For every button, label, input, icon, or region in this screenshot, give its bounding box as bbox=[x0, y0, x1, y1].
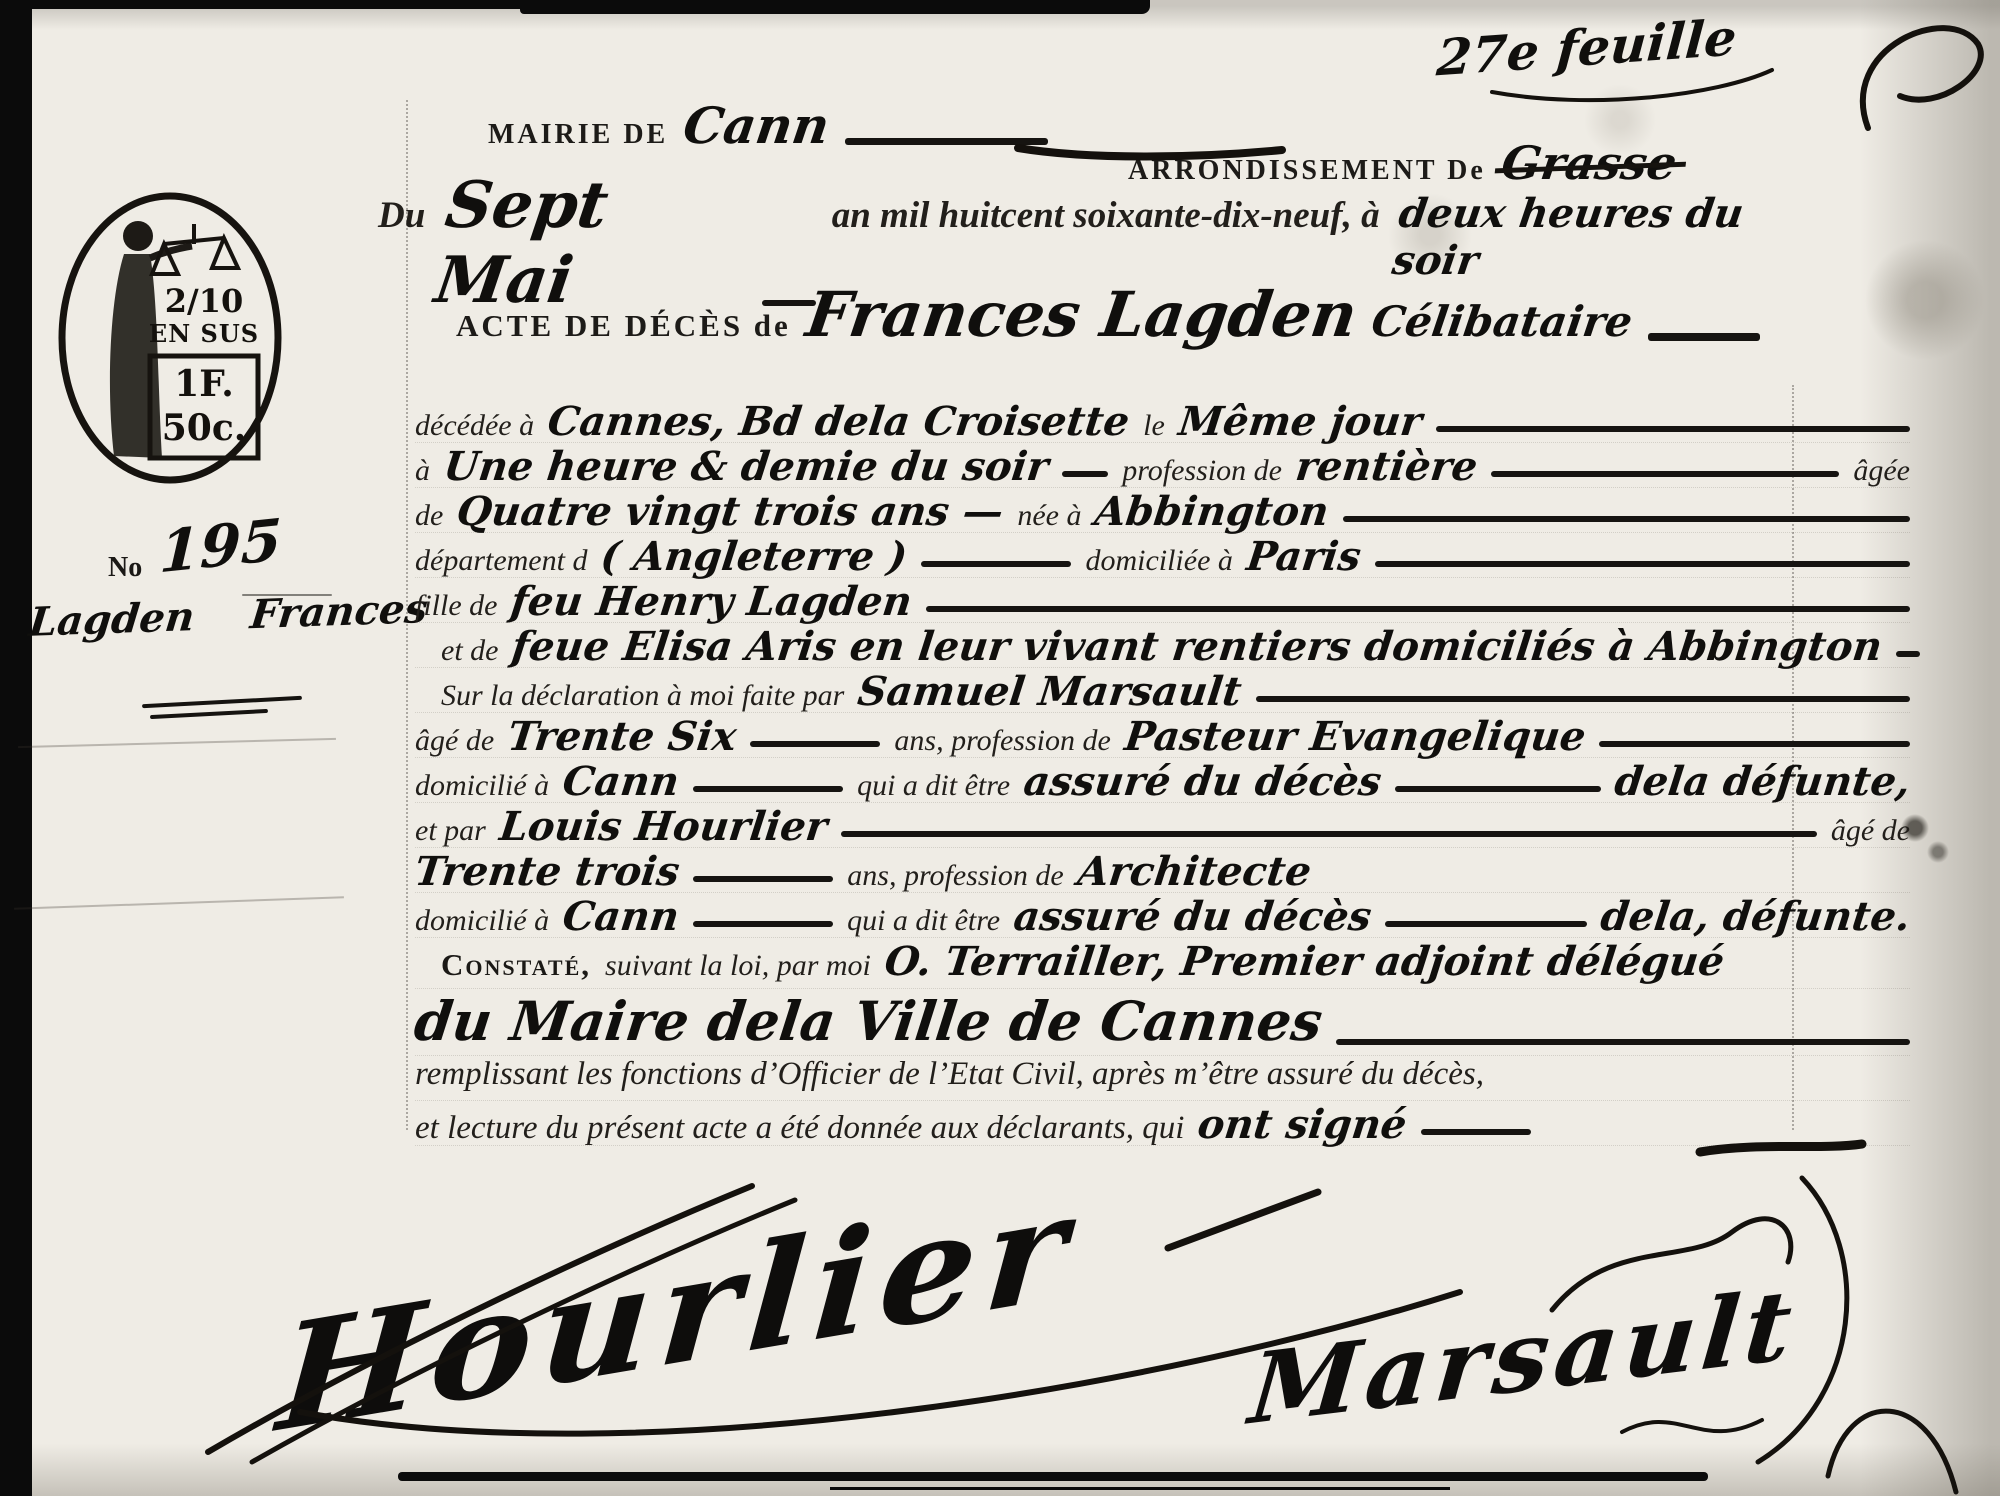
death-certificate-scan: 2/10 EN SUS 1F. 50c. No 195 Lagden Franc… bbox=[0, 0, 2000, 1496]
signature-flourish bbox=[208, 28, 1981, 1492]
flourish-overlay bbox=[0, 0, 2000, 1496]
